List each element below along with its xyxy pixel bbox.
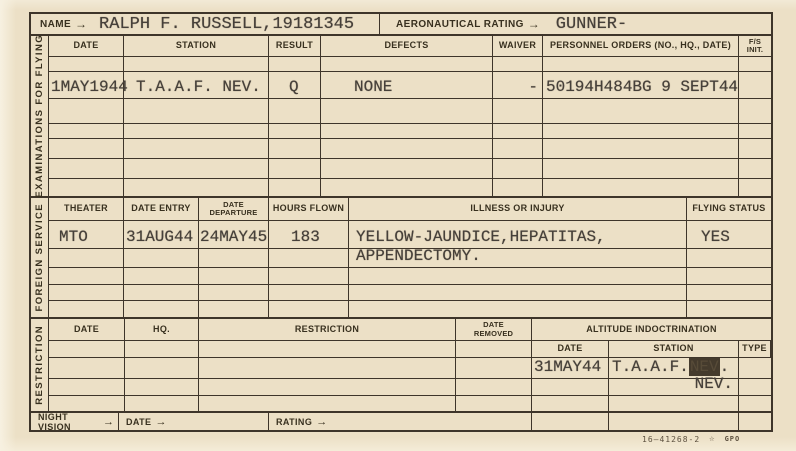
empty-cell xyxy=(124,124,269,138)
empty-cell xyxy=(321,124,493,138)
empty-cell xyxy=(739,99,771,123)
empty-cell xyxy=(456,341,532,357)
empty-cell xyxy=(49,249,124,267)
empty-cell xyxy=(543,139,739,158)
entry-hours-flown-cell: 183 xyxy=(269,221,349,248)
empty-cell xyxy=(543,159,739,178)
aeronautical-rating-label: AERONAUTICAL RATING xyxy=(396,19,524,30)
altitude-entry-row-2: NEV. xyxy=(49,379,771,396)
foreign-service-table: THEATER DATE ENTRY DATE DEPARTURE HOURS … xyxy=(49,198,771,317)
empty-cell xyxy=(49,396,125,411)
examinations-table: DATE STATION RESULT DEFECTS WAIVER PERSO… xyxy=(49,36,771,196)
altitude-station: T.A.A.F.NEV. xyxy=(612,359,729,375)
empty-cell xyxy=(687,301,771,317)
altitude-station-prefix: T.A.A.F. xyxy=(612,358,689,376)
empty-cell xyxy=(349,301,687,317)
empty-cell xyxy=(532,379,609,395)
examinations-section-label: EXAMINATIONS FOR FLYING xyxy=(31,36,49,196)
empty-cell xyxy=(269,159,321,178)
col-header-waiver: WAIVER xyxy=(493,36,543,56)
empty-cell xyxy=(269,99,321,123)
col-header-hq: HQ. xyxy=(125,319,199,340)
foreign-service-section: FOREIGN SERVICE THEATER DATE ENTRY DATE … xyxy=(31,196,771,317)
altitude-station-line2: NEV. xyxy=(695,376,733,392)
empty-row xyxy=(49,179,771,196)
empty-cell xyxy=(493,159,543,178)
night-vision-rating-label: RATING xyxy=(276,417,312,427)
col-header-date-entry: DATE ENTRY xyxy=(124,198,199,220)
empty-cell xyxy=(49,99,124,123)
entry-date-cell: 1MAY1944 xyxy=(49,72,124,98)
restriction-table: DATE HQ. RESTRICTION DATE REMOVED ALTITU… xyxy=(49,319,771,411)
entry-illness-line1: YELLOW-JAUNDICE,HEPATITAS, xyxy=(356,229,606,245)
entry-fs-init-cell xyxy=(739,72,771,98)
col-header-date: DATE xyxy=(49,36,124,56)
empty-cell xyxy=(199,379,456,395)
entry-date: 1MAY1944 xyxy=(51,79,128,95)
entry-orders: 50194H484BG 9 SEPT44 xyxy=(546,79,738,95)
empty-cell xyxy=(321,139,493,158)
empty-cell xyxy=(543,57,739,71)
entry-illness-cell: YELLOW-JAUNDICE,HEPATITAS, xyxy=(349,221,687,248)
empty-cell xyxy=(493,179,543,196)
empty-cell xyxy=(269,285,349,300)
empty-cell xyxy=(739,179,771,196)
flight-record-card: NAME → RALPH F. RUSSELL,19181345 AERONAU… xyxy=(29,12,773,432)
empty-cell xyxy=(493,124,543,138)
col-header-altitude-date: DATE xyxy=(532,341,609,357)
empty-cell xyxy=(687,268,771,284)
night-vision-rating-cell: RATING → xyxy=(269,413,532,430)
altitude-type-cell xyxy=(739,358,771,378)
empty-row xyxy=(49,124,771,139)
empty-cell xyxy=(124,301,199,317)
foreign-service-entry-row: MTO 31AUG44 24MAY45 183 YELLOW-JAUNDICE,… xyxy=(49,221,771,249)
arrow-icon: → xyxy=(316,416,327,428)
entry-flying-status: YES xyxy=(701,229,730,245)
empty-row xyxy=(49,301,771,317)
empty-cell xyxy=(739,379,771,395)
col-header-date-removed: DATE REMOVED xyxy=(456,319,532,340)
empty-cell xyxy=(543,99,739,123)
empty-cell xyxy=(609,396,739,411)
star-icon: ☆ xyxy=(709,434,715,444)
col-header-station: STATION xyxy=(124,36,269,56)
empty-cell xyxy=(49,379,125,395)
night-vision-date-cell: DATE → xyxy=(119,413,269,430)
empty-cell xyxy=(269,301,349,317)
entry-date-entry: 31AUG44 xyxy=(126,229,193,245)
col-header-restriction-date: DATE xyxy=(49,319,125,340)
arrow-icon: → xyxy=(155,416,166,428)
empty-cell xyxy=(269,249,349,267)
examinations-section: EXAMINATIONS FOR FLYING DATE STATION RES… xyxy=(31,36,771,196)
empty-cell xyxy=(349,285,687,300)
altitude-indoctrination-title: ALTITUDE INDOCTRINATION xyxy=(532,319,771,340)
empty-cell xyxy=(321,99,493,123)
empty-cell xyxy=(456,358,532,378)
empty-cell xyxy=(543,179,739,196)
col-header-theater: THEATER xyxy=(49,198,124,220)
entry-station: T.A.A.F. NEV. xyxy=(136,79,261,95)
entry-defects-cell: NONE xyxy=(321,72,493,98)
empty-cell xyxy=(199,268,269,284)
empty-cell xyxy=(49,301,124,317)
empty-cell xyxy=(687,285,771,300)
col-header-result: RESULT xyxy=(269,36,321,56)
empty-cell xyxy=(49,179,124,196)
empty-cell xyxy=(532,396,609,411)
empty-cell xyxy=(124,159,269,178)
arrow-icon: → xyxy=(75,17,87,31)
entry-defects: NONE xyxy=(354,79,392,95)
empty-cell xyxy=(739,139,771,158)
empty-cell xyxy=(124,99,269,123)
empty-cell xyxy=(49,341,125,357)
col-header-illness: ILLNESS OR INJURY xyxy=(349,198,687,220)
empty-cell xyxy=(543,124,739,138)
col-header-flying-status: FLYING STATUS xyxy=(687,198,771,220)
arrow-icon: → xyxy=(103,416,114,428)
entry-illness-cell-2: APPENDECTOMY. xyxy=(349,249,687,267)
night-vision-row: NIGHT VISION → DATE → RATING → xyxy=(31,411,771,430)
print-code-number: 16—41268-2 xyxy=(642,435,700,444)
rating-value: GUNNER- xyxy=(556,16,627,33)
name-label: NAME xyxy=(40,19,71,30)
empty-cell xyxy=(199,341,456,357)
empty-row xyxy=(49,139,771,159)
empty-cell xyxy=(269,268,349,284)
foreign-service-section-label: FOREIGN SERVICE xyxy=(31,198,49,317)
col-header-fs-init: F/S INIT. xyxy=(739,36,771,56)
entry-flying-status-cell: YES xyxy=(687,221,771,248)
empty-cell xyxy=(49,358,125,378)
foreign-service-header-row: THEATER DATE ENTRY DATE DEPARTURE HOURS … xyxy=(49,198,771,221)
empty-cell xyxy=(493,99,543,123)
night-vision-cell: NIGHT VISION → xyxy=(31,413,119,430)
examinations-section-label-text: EXAMINATIONS FOR FLYING xyxy=(34,34,45,198)
entry-station-cell: T.A.A.F. NEV. xyxy=(124,72,269,98)
empty-cell xyxy=(269,179,321,196)
col-header-altitude-station: STATION xyxy=(609,341,739,357)
night-vision-label: NIGHT VISION xyxy=(38,412,99,432)
empty-cell xyxy=(532,413,609,430)
col-header-date-departure: DATE DEPARTURE xyxy=(199,198,269,220)
empty-row xyxy=(49,99,771,124)
empty-cell xyxy=(199,249,269,267)
rating-cell: AERONAUTICAL RATING → GUNNER- xyxy=(380,14,771,34)
empty-row xyxy=(49,159,771,179)
empty-cell xyxy=(199,358,456,378)
empty-cell xyxy=(739,396,771,411)
entry-theater: MTO xyxy=(59,229,88,245)
altitude-entry-row: 31MAY44 T.A.A.F.NEV. xyxy=(49,358,771,379)
empty-cell xyxy=(321,57,493,71)
empty-cell xyxy=(124,139,269,158)
entry-hours-flown: 183 xyxy=(291,229,320,245)
altitude-station-cell-2: NEV. xyxy=(609,379,739,395)
empty-cell xyxy=(739,57,771,71)
empty-cell xyxy=(199,285,269,300)
empty-cell xyxy=(125,396,199,411)
empty-row-explicit xyxy=(49,396,771,411)
col-header-defects: DEFECTS xyxy=(321,36,493,56)
altitude-date: 31MAY44 xyxy=(534,359,601,375)
empty-cell xyxy=(739,124,771,138)
restriction-section: RESTRICTION DATE HQ. RESTRICTION DATE RE… xyxy=(31,317,771,411)
entry-waiver: - xyxy=(528,79,538,95)
empty-cell xyxy=(49,268,124,284)
examination-entry-row: 1MAY1944 T.A.A.F. NEV. Q NONE - 50194H48… xyxy=(49,72,771,99)
empty-cell xyxy=(49,57,124,71)
name-cell: NAME → RALPH F. RUSSELL,19181345 xyxy=(31,14,380,34)
entry-date-entry-cell: 31AUG44 xyxy=(124,221,199,248)
empty-cell xyxy=(49,139,124,158)
gpo-mark: GPO xyxy=(725,435,741,443)
entry-illness-line2: APPENDECTOMY. xyxy=(356,248,481,264)
empty-cell xyxy=(456,396,532,411)
entry-date-departure-cell: 24MAY45 xyxy=(199,221,269,248)
empty-cell xyxy=(125,341,199,357)
empty-cell xyxy=(124,179,269,196)
empty-cell xyxy=(199,396,456,411)
empty-cell xyxy=(199,301,269,317)
entry-waiver-cell: - xyxy=(493,72,543,98)
empty-cell xyxy=(124,268,199,284)
entry-date-departure: 24MAY45 xyxy=(200,229,267,245)
empty-row xyxy=(49,268,771,285)
empty-row xyxy=(49,285,771,301)
col-header-personnel-orders: PERSONNEL ORDERS (NO., HQ., DATE) xyxy=(543,36,739,56)
entry-result: Q xyxy=(289,79,299,95)
empty-cell xyxy=(124,249,199,267)
empty-cell xyxy=(739,159,771,178)
empty-cell xyxy=(609,413,739,430)
altitude-subheader-row: DATE STATION TYPE xyxy=(49,341,771,358)
altitude-station-struck-text: NEV xyxy=(689,358,720,376)
empty-cell xyxy=(269,139,321,158)
print-code: 16—41268-2 ☆ GPO xyxy=(642,434,740,444)
empty-cell xyxy=(49,159,124,178)
empty-cell xyxy=(269,124,321,138)
empty-cell xyxy=(49,285,124,300)
empty-cell xyxy=(687,249,771,267)
empty-cell xyxy=(125,358,199,378)
examinations-header-row: DATE STATION RESULT DEFECTS WAIVER PERSO… xyxy=(49,36,771,57)
empty-cell xyxy=(493,57,543,71)
empty-cell xyxy=(493,139,543,158)
empty-cell xyxy=(125,379,199,395)
col-header-hours-flown: HOURS FLOWN xyxy=(269,198,349,220)
night-vision-date-label: DATE xyxy=(126,417,151,427)
col-header-restriction: RESTRICTION xyxy=(199,319,456,340)
empty-cell xyxy=(456,379,532,395)
foreign-service-entry-row-2: APPENDECTOMY. xyxy=(49,249,771,268)
empty-cell xyxy=(321,179,493,196)
empty-cell xyxy=(739,413,771,430)
restriction-header-row: DATE HQ. RESTRICTION DATE REMOVED ALTITU… xyxy=(49,319,771,341)
entry-result-cell: Q xyxy=(269,72,321,98)
entry-orders-cell: 50194H484BG 9 SEPT44 xyxy=(543,72,739,98)
empty-cell xyxy=(49,124,124,138)
empty-cell xyxy=(269,57,321,71)
empty-cell xyxy=(349,268,687,284)
altitude-date-cell: 31MAY44 xyxy=(532,358,609,378)
restriction-section-label-text: RESTRICTION xyxy=(34,325,45,405)
empty-cell xyxy=(124,57,269,71)
restriction-section-label: RESTRICTION xyxy=(31,319,49,411)
empty-row xyxy=(49,57,771,72)
altitude-station-dot: . xyxy=(720,358,730,376)
col-header-altitude-type: TYPE xyxy=(739,341,771,357)
foreign-service-section-label-text: FOREIGN SERVICE xyxy=(34,203,45,311)
name-value: RALPH F. RUSSELL,19181345 xyxy=(99,16,354,33)
entry-theater-cell: MTO xyxy=(49,221,124,248)
scanned-form-page: NAME → RALPH F. RUSSELL,19181345 AERONAU… xyxy=(0,0,796,451)
empty-cell xyxy=(321,159,493,178)
arrow-icon: → xyxy=(528,17,540,31)
empty-cell xyxy=(124,285,199,300)
name-row: NAME → RALPH F. RUSSELL,19181345 AERONAU… xyxy=(31,14,771,36)
